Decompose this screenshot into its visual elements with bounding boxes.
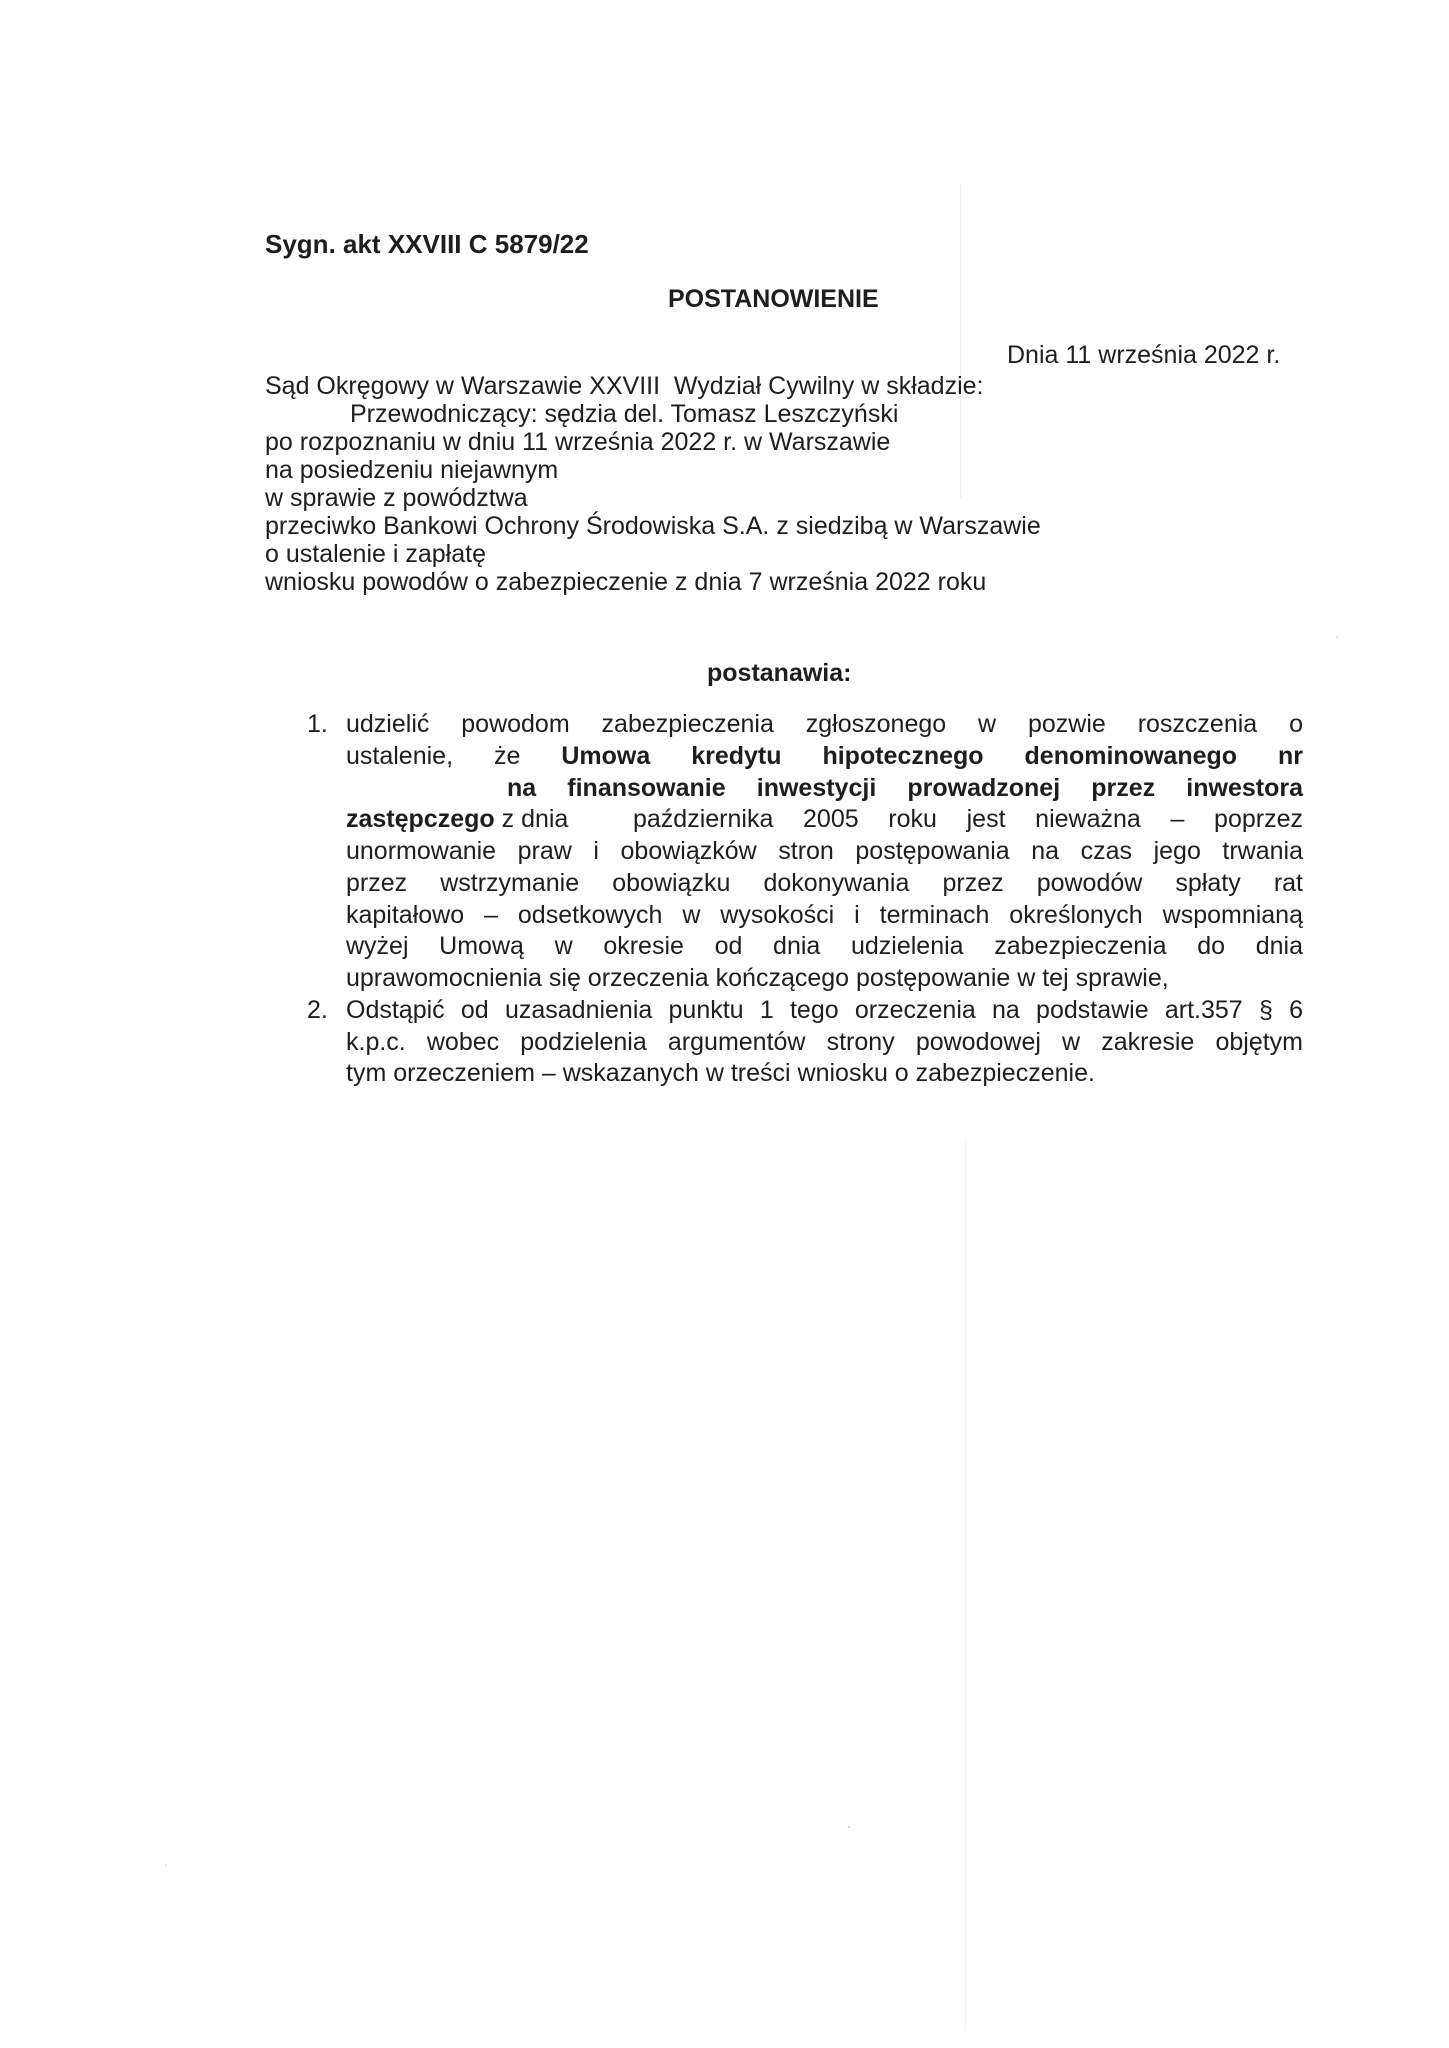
- bold-text-segment: Umowa kredytu hipotecznego denominowaneg…: [561, 742, 1303, 770]
- text-segment: kapitałowo – odsetkowych w wysokości i t…: [346, 901, 1303, 929]
- scan-speck: [165, 1864, 167, 1866]
- bold-text-segment: na finansowanie inwestycji prowadzonej p…: [507, 774, 1303, 802]
- document-page: Sygn. akt XXVIII C 5879/22 POSTANOWIENIE…: [0, 0, 1449, 2048]
- defendant-line: przeciwko Bankowi Ochrony Środowiska S.A…: [265, 514, 1041, 539]
- bold-text-segment: zastępczego: [346, 805, 495, 833]
- document-title: POSTANOWIENIE: [668, 287, 879, 312]
- item-text-line: k.p.c. wobec podzielenia argumentów stro…: [346, 1030, 1303, 1055]
- item-text-line: ustalenie, że Umowa kredytu hipotecznego…: [346, 744, 1303, 769]
- case-number: Sygn. akt XXVIII C 5879/22: [265, 231, 589, 257]
- item-text-line: na finansowanie inwestycji prowadzonej p…: [507, 776, 1303, 801]
- text-segment: uprawomocnienia się orzeczenia kończąceg…: [346, 964, 1169, 992]
- item-text-line: zastępczego z dnia: [346, 807, 568, 832]
- hearing-date-line: po rozpoznaniu w dniu 11 września 2022 r…: [265, 430, 890, 455]
- text-segment: k.p.c. wobec podzielenia argumentów stro…: [346, 1028, 1303, 1056]
- scan-artifact-line: [965, 1140, 966, 2030]
- text-segment: z dnia: [495, 805, 569, 833]
- item-number: 2.: [307, 998, 328, 1023]
- item-text-line: wyżej Umową w okresie od dnia udzielenia…: [346, 934, 1303, 959]
- text-segment: przez wstrzymanie obowiązku dokonywania …: [346, 869, 1303, 897]
- item-text-line: przez wstrzymanie obowiązku dokonywania …: [346, 871, 1303, 896]
- text-segment: tym orzeczeniem – wskazanych w treści wn…: [346, 1059, 1095, 1087]
- session-type-line: na posiedzeniu niejawnym: [265, 458, 558, 483]
- text-segment: wyżej Umową w okresie od dnia udzielenia…: [346, 932, 1303, 960]
- court-composition-line: Sąd Okręgowy w Warszawie XXVIII Wydział …: [265, 374, 984, 399]
- item-text-line: uprawomocnienia się orzeczenia kończąceg…: [346, 966, 1169, 991]
- scan-artifact-line: [960, 183, 961, 498]
- item-text-line: tym orzeczeniem – wskazanych w treści wn…: [346, 1061, 1095, 1086]
- plaintiff-line: w sprawie z powództwa: [265, 486, 528, 511]
- text-segment: udzielić powodom zabezpieczenia zgłoszon…: [346, 710, 1303, 738]
- item-text-line: Odstąpić od uzasadnienia punktu 1 tego o…: [346, 998, 1303, 1023]
- decision-heading: postanawia:: [707, 661, 851, 686]
- text-segment: października 2005 roku jest nieważna – p…: [633, 805, 1303, 833]
- text-segment: unormowanie praw i obowiązków stron post…: [346, 837, 1303, 865]
- presiding-judge-line: Przewodniczący: sędzia del. Tomasz Leszc…: [350, 402, 898, 427]
- text-segment: Odstąpić od uzasadnienia punktu 1 tego o…: [346, 996, 1303, 1024]
- motion-line: wniosku powodów o zabezpieczenie z dnia …: [265, 570, 986, 595]
- item-text-line: października 2005 roku jest nieważna – p…: [633, 807, 1303, 832]
- scan-speck: [1336, 636, 1338, 638]
- scan-speck: [848, 1826, 850, 1828]
- item-text-line: kapitałowo – odsetkowych w wysokości i t…: [346, 903, 1303, 928]
- text-segment: ustalenie, że: [346, 742, 561, 770]
- claim-subject-line: o ustalenie i zapłatę: [265, 542, 486, 567]
- document-date: Dnia 11 września 2022 r.: [1007, 343, 1280, 368]
- item-text-line: unormowanie praw i obowiązków stron post…: [346, 839, 1303, 864]
- item-text-line: udzielić powodom zabezpieczenia zgłoszon…: [346, 712, 1303, 737]
- item-number: 1.: [307, 712, 328, 737]
